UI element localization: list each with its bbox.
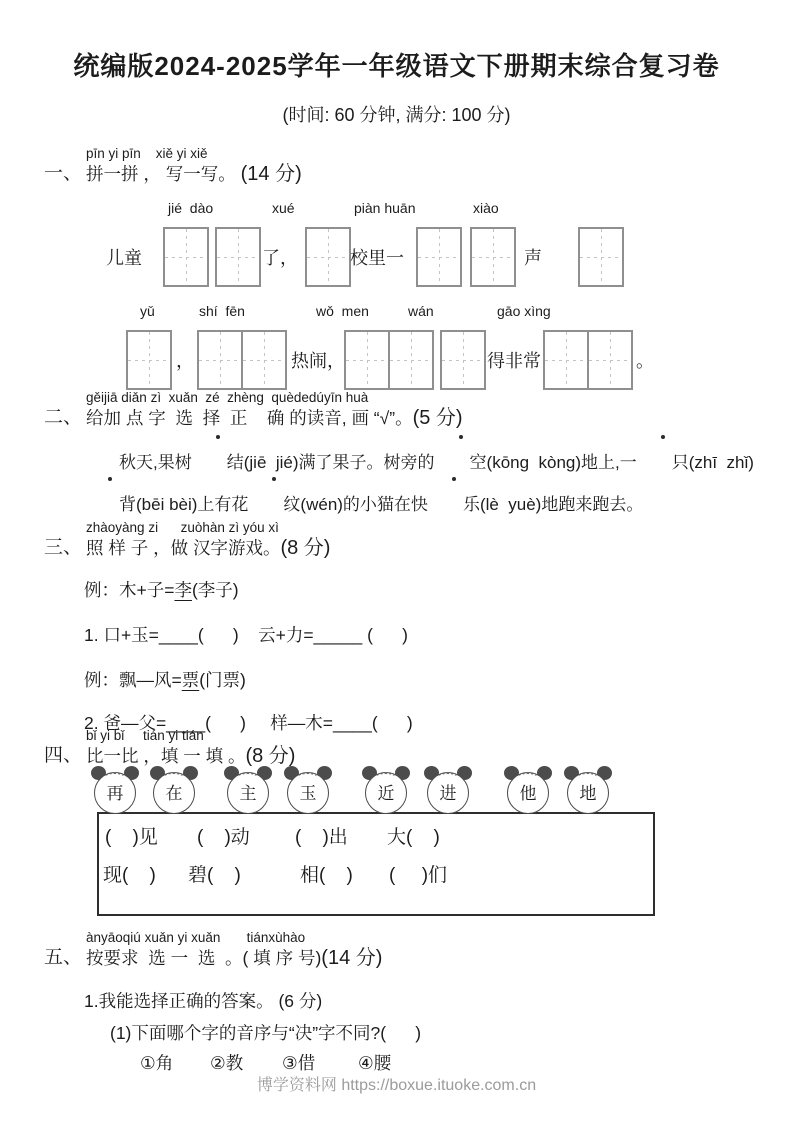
dotted-character: 结 bbox=[192, 442, 244, 484]
pinyin-label: gāo xìng bbox=[497, 303, 551, 319]
example-line-2: 例：飘—风=票(门票) bbox=[84, 667, 246, 692]
panda-face-icon: 再 bbox=[94, 772, 136, 814]
panda-character: 他 bbox=[520, 785, 537, 802]
row-text: 。 bbox=[636, 347, 654, 373]
section-1-title: 拼一拼 ， 写一写。 bbox=[86, 163, 241, 187]
pinyin-label: jié dào bbox=[168, 200, 213, 216]
footer-url[interactable]: https://boxue.ituoke.com.cn bbox=[341, 1077, 536, 1094]
section-3-heading: 三、 zhàoyàng zi zuòhàn zì yóu xì 照 样 子 ，做… bbox=[44, 520, 330, 560]
example-prefix: 例：飘—风= bbox=[84, 670, 182, 690]
page-title: 统编版2024-2025学年一年级语文下册期末综合复习卷 bbox=[0, 46, 793, 83]
pinyin-label: yǔ bbox=[140, 303, 155, 319]
writing-box bbox=[440, 330, 486, 390]
paragraph-segment: 秋天,果树 bbox=[119, 453, 192, 472]
panda-badge: 近 bbox=[365, 772, 407, 814]
dotted-character: 空 bbox=[435, 442, 487, 484]
fill-in-box: ( )见 ( )动 ( )出 大( ) 现( ) 碧( ) 相( ) ( )们 bbox=[97, 812, 655, 916]
panda-face-icon: 地 bbox=[567, 772, 609, 814]
panda-face-icon: 在 bbox=[153, 772, 195, 814]
fill-item: ( )出 bbox=[295, 822, 348, 849]
row-text: 儿童 bbox=[106, 244, 142, 270]
pinyin-label: xiào bbox=[473, 200, 499, 216]
section-2-title: 给加 点 字 选 择 正 确 的读音, 画 “√”。 bbox=[86, 407, 413, 431]
page-subtitle: (时间: 60 分钟, 满分: 100 分) bbox=[0, 101, 793, 127]
footer: 博学资料网 https://boxue.ituoke.com.cn bbox=[0, 1072, 793, 1095]
writing-box bbox=[344, 330, 390, 390]
writing-box bbox=[543, 330, 589, 390]
panda-character: 在 bbox=[166, 785, 183, 802]
section-4-pinyin: bǐ yi bǐ tián yi tián bbox=[86, 728, 295, 744]
panda-character: 再 bbox=[107, 785, 124, 802]
panda-badge: 玉 bbox=[287, 772, 329, 814]
fill-item: 碧( ) bbox=[188, 860, 241, 887]
subquestion-1: 1.我能选择正确的答案。 (6 分) bbox=[84, 988, 322, 1013]
panda-face-icon: 主 bbox=[227, 772, 269, 814]
exam-paper-page: 统编版2024-2025学年一年级语文下册期末综合复习卷 (时间: 60 分钟,… bbox=[0, 0, 793, 1122]
paragraph-segment: (lè yuè)地跑来跑去。 bbox=[480, 495, 643, 514]
section-5-heading: 五、 ànyāoqiú xuǎn yi xuǎn tiánxùhào 按要求 选… bbox=[44, 930, 382, 970]
pinyin-writing-row-2: yǔ shí fēn wǒ men wán gāo xìng ， 热闹， 得非常… bbox=[0, 303, 793, 398]
row-text: ， bbox=[176, 347, 194, 373]
section-5-score: (14 分) bbox=[321, 946, 382, 970]
writing-box bbox=[241, 330, 287, 390]
pinyin-label: piàn huān bbox=[354, 200, 416, 216]
writing-box bbox=[126, 330, 172, 390]
row-text: 校里一 bbox=[350, 244, 404, 270]
paragraph-segment: (wén)的小猫在快 bbox=[300, 495, 428, 514]
section-2-marker: 二、 bbox=[44, 405, 82, 431]
section-1-heading: 一、 pīn yi pīn xiě yi xiě 拼一拼 ， 写一写。 (14 … bbox=[44, 146, 302, 186]
section-4-title: 比一比 ，填 一 填 。 bbox=[86, 745, 245, 769]
dotted-character: 只 bbox=[637, 442, 689, 484]
pinyin-label: shí fēn bbox=[199, 303, 245, 319]
section-5-pinyin: ànyāoqiú xuǎn yi xuǎn tiánxùhào bbox=[86, 930, 382, 946]
exercise-line-1: 1. 口+玉=____( ) 云+力=_____ ( ) bbox=[84, 622, 408, 647]
panda-face-icon: 近 bbox=[365, 772, 407, 814]
section-4-marker: 四、 bbox=[44, 743, 82, 769]
writing-box bbox=[305, 227, 351, 287]
writing-box bbox=[416, 227, 462, 287]
row-text: 声 bbox=[524, 244, 542, 270]
section-1-score: (14 分) bbox=[241, 162, 302, 186]
example-prefix: 例：木+子= bbox=[84, 580, 174, 600]
row-text: 得非常 bbox=[487, 347, 541, 373]
paragraph-segment: (zhī zhǐ) bbox=[689, 453, 754, 472]
panda-row: 再 在 主 玉 近 进 他 地 bbox=[0, 770, 793, 818]
writing-box bbox=[578, 227, 624, 287]
writing-box bbox=[587, 330, 633, 390]
pinyin-writing-row-1: jié dào xué piàn huān xiào 儿童 了， 校里一 声 bbox=[0, 200, 793, 295]
panda-character: 玉 bbox=[300, 785, 317, 802]
panda-face-icon: 他 bbox=[507, 772, 549, 814]
fill-item: 现( ) bbox=[103, 860, 156, 887]
panda-badge: 进 bbox=[427, 772, 469, 814]
panda-badge: 地 bbox=[567, 772, 609, 814]
example-line-1: 例：木+子=李(李子) bbox=[84, 577, 239, 602]
panda-badge: 主 bbox=[227, 772, 269, 814]
writing-box bbox=[197, 330, 243, 390]
question-1-1: (1)下面哪个字的音序与“决”字不同?( ) bbox=[110, 1020, 421, 1045]
paragraph-segment: (bēi bèi)上有花 bbox=[136, 495, 248, 514]
section-3-title: 照 样 子 ，做 汉字游戏。 bbox=[86, 537, 280, 561]
section-4-heading: 四、 bǐ yi bǐ tián yi tián 比一比 ，填 一 填 。 (8… bbox=[44, 728, 295, 768]
row-text: 热闹， bbox=[291, 347, 345, 373]
section-3-marker: 三、 bbox=[44, 535, 82, 561]
section-2-pinyin: gěijiā diǎn zì xuǎn zé zhèng quèdedúyīn … bbox=[86, 390, 463, 406]
panda-face-icon: 进 bbox=[427, 772, 469, 814]
fill-item: ( )动 bbox=[197, 822, 250, 849]
section-5-title: 按要求 选 一 选 。( 填 序 号) bbox=[86, 947, 321, 971]
section-1-pinyin: pīn yi pīn xiě yi xiě bbox=[86, 146, 302, 162]
panda-character: 进 bbox=[440, 785, 457, 802]
row-text: 了， bbox=[262, 244, 298, 270]
panda-face-icon: 玉 bbox=[287, 772, 329, 814]
section-4-score: (8 分) bbox=[245, 744, 295, 768]
section-3-score: (8 分) bbox=[280, 536, 330, 560]
example-suffix: (李子) bbox=[192, 580, 239, 600]
writing-box bbox=[163, 227, 209, 287]
reading-paragraph: 秋天,果树结(jiē jié)满了果子。树旁的空(kōng kòng)地上,一只… bbox=[84, 442, 766, 525]
fill-item: ( )见 bbox=[105, 822, 158, 849]
section-5-marker: 五、 bbox=[44, 945, 82, 971]
paragraph-segment: (kōng kòng)地上,一 bbox=[487, 453, 637, 472]
fill-item: ( )们 bbox=[389, 860, 447, 887]
dotted-character: 乐 bbox=[428, 484, 480, 526]
panda-character: 近 bbox=[378, 785, 395, 802]
footer-site-name: 博学资料网 bbox=[257, 1077, 341, 1094]
example-answer: 票 bbox=[182, 670, 200, 690]
section-3-pinyin: zhàoyàng zi zuòhàn zì yóu xì bbox=[86, 520, 330, 536]
pinyin-label: wán bbox=[408, 303, 434, 319]
example-answer: 李 bbox=[174, 580, 192, 600]
section-1-marker: 一、 bbox=[44, 161, 82, 187]
section-2-score: (5 分) bbox=[413, 406, 463, 430]
panda-character: 地 bbox=[580, 785, 597, 802]
fill-item: 大( ) bbox=[387, 822, 440, 849]
fill-item: 相( ) bbox=[300, 860, 353, 887]
paragraph-segment: (jiē jié)满了果子。树旁的 bbox=[244, 453, 435, 472]
section-2-heading: 二、 gěijiā diǎn zì xuǎn zé zhèng quèdedúy… bbox=[44, 390, 463, 430]
pinyin-label: wǒ men bbox=[316, 303, 369, 319]
panda-badge: 再 bbox=[94, 772, 136, 814]
example-suffix: (门票) bbox=[199, 670, 246, 690]
panda-badge: 在 bbox=[153, 772, 195, 814]
writing-box bbox=[470, 227, 516, 287]
panda-character: 主 bbox=[240, 785, 257, 802]
writing-box bbox=[215, 227, 261, 287]
writing-box bbox=[388, 330, 434, 390]
panda-badge: 他 bbox=[507, 772, 549, 814]
pinyin-label: xué bbox=[272, 200, 295, 216]
